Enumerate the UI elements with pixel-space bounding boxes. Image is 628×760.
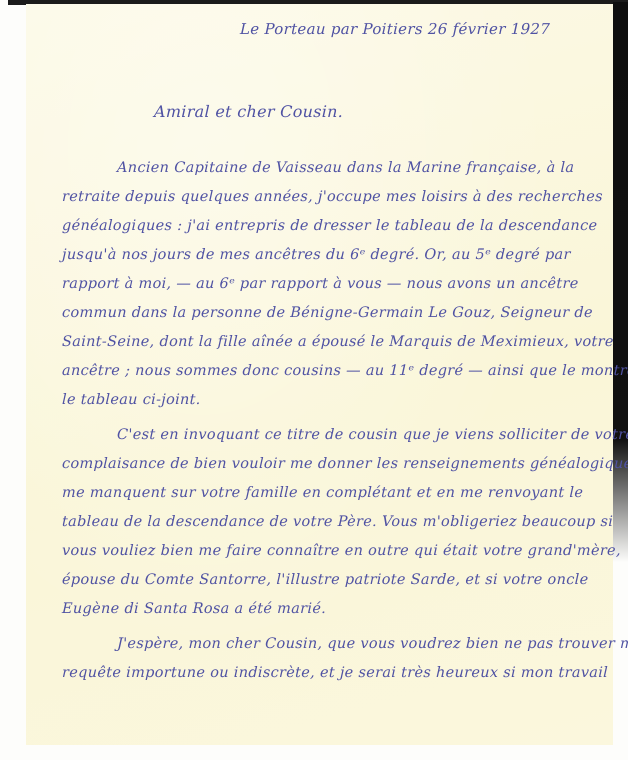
- letter-page: Le Porteau par Poitiers 26 février 1927 …: [26, 4, 613, 745]
- letter-line: ancêtre ; nous sommes donc cousins — au …: [62, 357, 588, 386]
- letter-line: me manquent sur votre famille en complét…: [62, 479, 588, 508]
- dateline: Le Porteau par Poitiers 26 février 1927: [240, 20, 551, 38]
- scanned-letter: Le Porteau par Poitiers 26 février 1927 …: [0, 0, 628, 760]
- salutation: Amiral et cher Cousin.: [154, 102, 344, 121]
- letter-line: requête importune ou indiscrète, et je s…: [62, 659, 588, 688]
- letter-line: J'espère, mon cher Cousin, que vous voud…: [62, 630, 588, 659]
- letter-line: Saint-Seine, dont la fille aînée a épous…: [62, 328, 588, 357]
- letter-line: épouse du Comte Santorre, l'illustre pat…: [62, 566, 588, 595]
- letter-line: commun dans la personne de Bénigne-Germa…: [62, 299, 588, 328]
- letter-line: jusqu'à nos jours de mes ancêtres du 6ᵉ …: [62, 241, 588, 270]
- letter-line: tableau de la descendance de votre Père.…: [62, 508, 588, 537]
- letter-line: généalogiques : j'ai entrepris de dresse…: [62, 212, 588, 241]
- letter-line: retraite depuis quelques années, j'occup…: [62, 183, 588, 212]
- letter-line: vous vouliez bien me faire connaître en …: [62, 537, 588, 566]
- letter-line: C'est en invoquant ce titre de cousin qu…: [62, 421, 588, 450]
- letter-line: le tableau ci-joint.: [62, 386, 588, 415]
- scan-edge-right: [613, 2, 628, 562]
- paragraph-3: J'espère, mon cher Cousin, que vous voud…: [62, 630, 587, 688]
- letter-body: Ancien Capitaine de Vaisseau dans la Mar…: [62, 154, 587, 694]
- paragraph-1: Ancien Capitaine de Vaisseau dans la Mar…: [62, 154, 587, 415]
- letter-line: Ancien Capitaine de Vaisseau dans la Mar…: [62, 154, 588, 183]
- letter-line: Eugène di Santa Rosa a été marié.: [62, 595, 588, 624]
- letter-line: rapport à moi, — au 6ᵉ par rapport à vou…: [62, 270, 588, 299]
- paragraph-2: C'est en invoquant ce titre de cousin qu…: [62, 421, 587, 624]
- letter-line: complaisance de bien vouloir me donner l…: [62, 450, 588, 479]
